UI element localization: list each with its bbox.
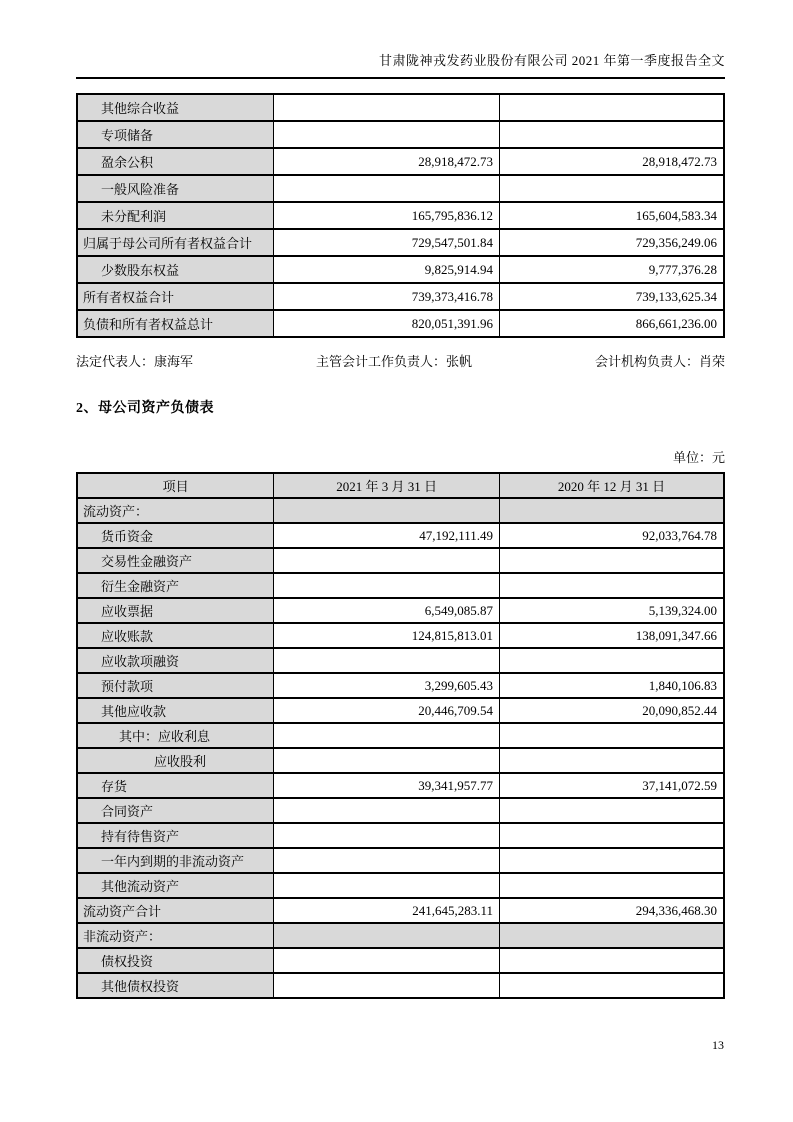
- row-value-previous: [499, 948, 724, 973]
- table-row: 货币资金47,192,111.4992,033,764.78: [77, 523, 724, 548]
- row-value-current: [274, 748, 500, 773]
- table-row: 衍生金融资产: [77, 573, 724, 598]
- row-label: 所有者权益合计: [77, 283, 274, 310]
- table-row: 合同资产: [77, 798, 724, 823]
- row-value-current: 739,373,416.78: [274, 283, 500, 310]
- row-label: 其他应收款: [77, 698, 274, 723]
- column-header-current-period: 2021 年 3 月 31 日: [274, 473, 500, 498]
- row-label: 少数股东权益: [77, 256, 274, 283]
- table-row: 少数股东权益9,825,914.949,777,376.28: [77, 256, 724, 283]
- row-value-current: [274, 94, 500, 121]
- row-value-current: [274, 723, 500, 748]
- row-value-current: 47,192,111.49: [274, 523, 500, 548]
- row-label: 其他综合收益: [77, 94, 274, 121]
- row-value-current: [274, 823, 500, 848]
- row-label: 预付款项: [77, 673, 274, 698]
- row-label: 合同资产: [77, 798, 274, 823]
- row-value-previous: [499, 573, 724, 598]
- row-label: 未分配利润: [77, 202, 274, 229]
- row-label: 非流动资产：: [77, 923, 274, 948]
- row-value-current: [274, 573, 500, 598]
- equity-table: 其他综合收益专项储备盈余公积28,918,472.7328,918,472.73…: [76, 93, 725, 338]
- row-value-previous: 5,139,324.00: [499, 598, 724, 623]
- table-row: 应收股利: [77, 748, 724, 773]
- table-row: 应收账款124,815,813.01138,091,347.66: [77, 623, 724, 648]
- row-value-current: [274, 948, 500, 973]
- row-value-current: [274, 498, 500, 523]
- row-value-current: 9,825,914.94: [274, 256, 500, 283]
- balance-sheet-table: 项目 2021 年 3 月 31 日 2020 年 12 月 31 日 流动资产…: [76, 472, 725, 999]
- row-label: 其他流动资产: [77, 873, 274, 898]
- table-row: 盈余公积28,918,472.7328,918,472.73: [77, 148, 724, 175]
- row-value-previous: [499, 498, 724, 523]
- table-row: 其中：应收利息: [77, 723, 724, 748]
- table-row: 其他债权投资: [77, 973, 724, 998]
- row-label: 存货: [77, 773, 274, 798]
- row-value-current: [274, 548, 500, 573]
- table-row: 负债和所有者权益总计820,051,391.96866,661,236.00: [77, 310, 724, 337]
- row-value-previous: [499, 923, 724, 948]
- row-value-current: 39,341,957.77: [274, 773, 500, 798]
- row-value-current: [274, 873, 500, 898]
- row-value-current: 124,815,813.01: [274, 623, 500, 648]
- row-label: 一年内到期的非流动资产: [77, 848, 274, 873]
- row-value-previous: 1,840,106.83: [499, 673, 724, 698]
- row-value-previous: [499, 848, 724, 873]
- document-header-title: 甘肃陇神戎发药业股份有限公司 2021 年第一季度报告全文: [76, 50, 725, 79]
- row-value-previous: 294,336,468.30: [499, 898, 724, 923]
- row-value-previous: [499, 748, 724, 773]
- row-value-previous: [499, 121, 724, 148]
- table-row: 应收款项融资: [77, 648, 724, 673]
- row-label: 债权投资: [77, 948, 274, 973]
- table-header-row: 项目 2021 年 3 月 31 日 2020 年 12 月 31 日: [77, 473, 724, 498]
- row-value-previous: [499, 798, 724, 823]
- row-label: 应收票据: [77, 598, 274, 623]
- row-value-previous: [499, 873, 724, 898]
- row-label: 持有待售资产: [77, 823, 274, 848]
- table-row: 持有待售资产: [77, 823, 724, 848]
- table-row: 存货39,341,957.7737,141,072.59: [77, 773, 724, 798]
- row-value-previous: [499, 723, 724, 748]
- row-value-previous: 729,356,249.06: [499, 229, 724, 256]
- table-row: 流动资产：: [77, 498, 724, 523]
- page-number: 13: [712, 1038, 724, 1053]
- row-value-current: [274, 798, 500, 823]
- table-row: 所有者权益合计739,373,416.78739,133,625.34: [77, 283, 724, 310]
- row-value-current: 6,549,085.87: [274, 598, 500, 623]
- row-value-previous: 165,604,583.34: [499, 202, 724, 229]
- row-value-previous: [499, 548, 724, 573]
- row-value-previous: 9,777,376.28: [499, 256, 724, 283]
- row-value-previous: 92,033,764.78: [499, 523, 724, 548]
- table-row: 一般风险准备: [77, 175, 724, 202]
- row-value-current: 241,645,283.11: [274, 898, 500, 923]
- row-label: 其他债权投资: [77, 973, 274, 998]
- row-value-current: 3,299,605.43: [274, 673, 500, 698]
- row-value-current: 20,446,709.54: [274, 698, 500, 723]
- row-value-current: 165,795,836.12: [274, 202, 500, 229]
- accounting-dept-head-label: 会计机构负责人：肖荣: [595, 351, 725, 370]
- chief-accountant-label: 主管会计工作负责人：张帆: [316, 351, 472, 370]
- row-label: 应收款项融资: [77, 648, 274, 673]
- table-row: 其他流动资产: [77, 873, 724, 898]
- row-value-previous: [499, 94, 724, 121]
- signature-line: 法定代表人：康海军 主管会计工作负责人：张帆 会计机构负责人：肖荣: [76, 351, 725, 370]
- table-row: 未分配利润165,795,836.12165,604,583.34: [77, 202, 724, 229]
- table-row: 债权投资: [77, 948, 724, 973]
- row-label: 衍生金融资产: [77, 573, 274, 598]
- row-label: 归属于母公司所有者权益合计: [77, 229, 274, 256]
- row-value-current: [274, 648, 500, 673]
- table-row: 其他应收款20,446,709.5420,090,852.44: [77, 698, 724, 723]
- row-value-previous: [499, 823, 724, 848]
- row-value-previous: [499, 973, 724, 998]
- table-row: 一年内到期的非流动资产: [77, 848, 724, 873]
- row-value-previous: 739,133,625.34: [499, 283, 724, 310]
- row-value-current: 28,918,472.73: [274, 148, 500, 175]
- row-value-previous: 28,918,472.73: [499, 148, 724, 175]
- section-title: 2、母公司资产负债表: [76, 397, 725, 417]
- row-value-previous: [499, 648, 724, 673]
- row-label: 货币资金: [77, 523, 274, 548]
- table-row: 应收票据6,549,085.875,139,324.00: [77, 598, 724, 623]
- column-header-item: 项目: [77, 473, 274, 498]
- unit-label: 单位：元: [76, 447, 725, 466]
- table-row: 非流动资产：: [77, 923, 724, 948]
- row-label: 交易性金融资产: [77, 548, 274, 573]
- column-header-previous-period: 2020 年 12 月 31 日: [499, 473, 724, 498]
- page-content: 甘肃陇神戎发药业股份有限公司 2021 年第一季度报告全文 其他综合收益专项储备…: [76, 0, 725, 999]
- row-value-current: [274, 923, 500, 948]
- row-value-current: [274, 121, 500, 148]
- table-row: 交易性金融资产: [77, 548, 724, 573]
- row-label: 盈余公积: [77, 148, 274, 175]
- row-label: 负债和所有者权益总计: [77, 310, 274, 337]
- row-value-current: [274, 175, 500, 202]
- row-label: 应收股利: [77, 748, 274, 773]
- row-value-current: 729,547,501.84: [274, 229, 500, 256]
- table-row: 其他综合收益: [77, 94, 724, 121]
- row-value-previous: 866,661,236.00: [499, 310, 724, 337]
- table-row: 流动资产合计241,645,283.11294,336,468.30: [77, 898, 724, 923]
- row-value-previous: [499, 175, 724, 202]
- row-label: 应收账款: [77, 623, 274, 648]
- row-value-current: [274, 973, 500, 998]
- row-value-current: [274, 848, 500, 873]
- row-label: 一般风险准备: [77, 175, 274, 202]
- row-label: 流动资产：: [77, 498, 274, 523]
- row-value-previous: 138,091,347.66: [499, 623, 724, 648]
- table-row: 预付款项3,299,605.431,840,106.83: [77, 673, 724, 698]
- row-value-current: 820,051,391.96: [274, 310, 500, 337]
- row-label: 流动资产合计: [77, 898, 274, 923]
- table-row: 专项储备: [77, 121, 724, 148]
- row-label: 其中：应收利息: [77, 723, 274, 748]
- table-row: 归属于母公司所有者权益合计729,547,501.84729,356,249.0…: [77, 229, 724, 256]
- row-value-previous: 20,090,852.44: [499, 698, 724, 723]
- row-value-previous: 37,141,072.59: [499, 773, 724, 798]
- legal-representative-label: 法定代表人：康海军: [76, 351, 193, 370]
- row-label: 专项储备: [77, 121, 274, 148]
